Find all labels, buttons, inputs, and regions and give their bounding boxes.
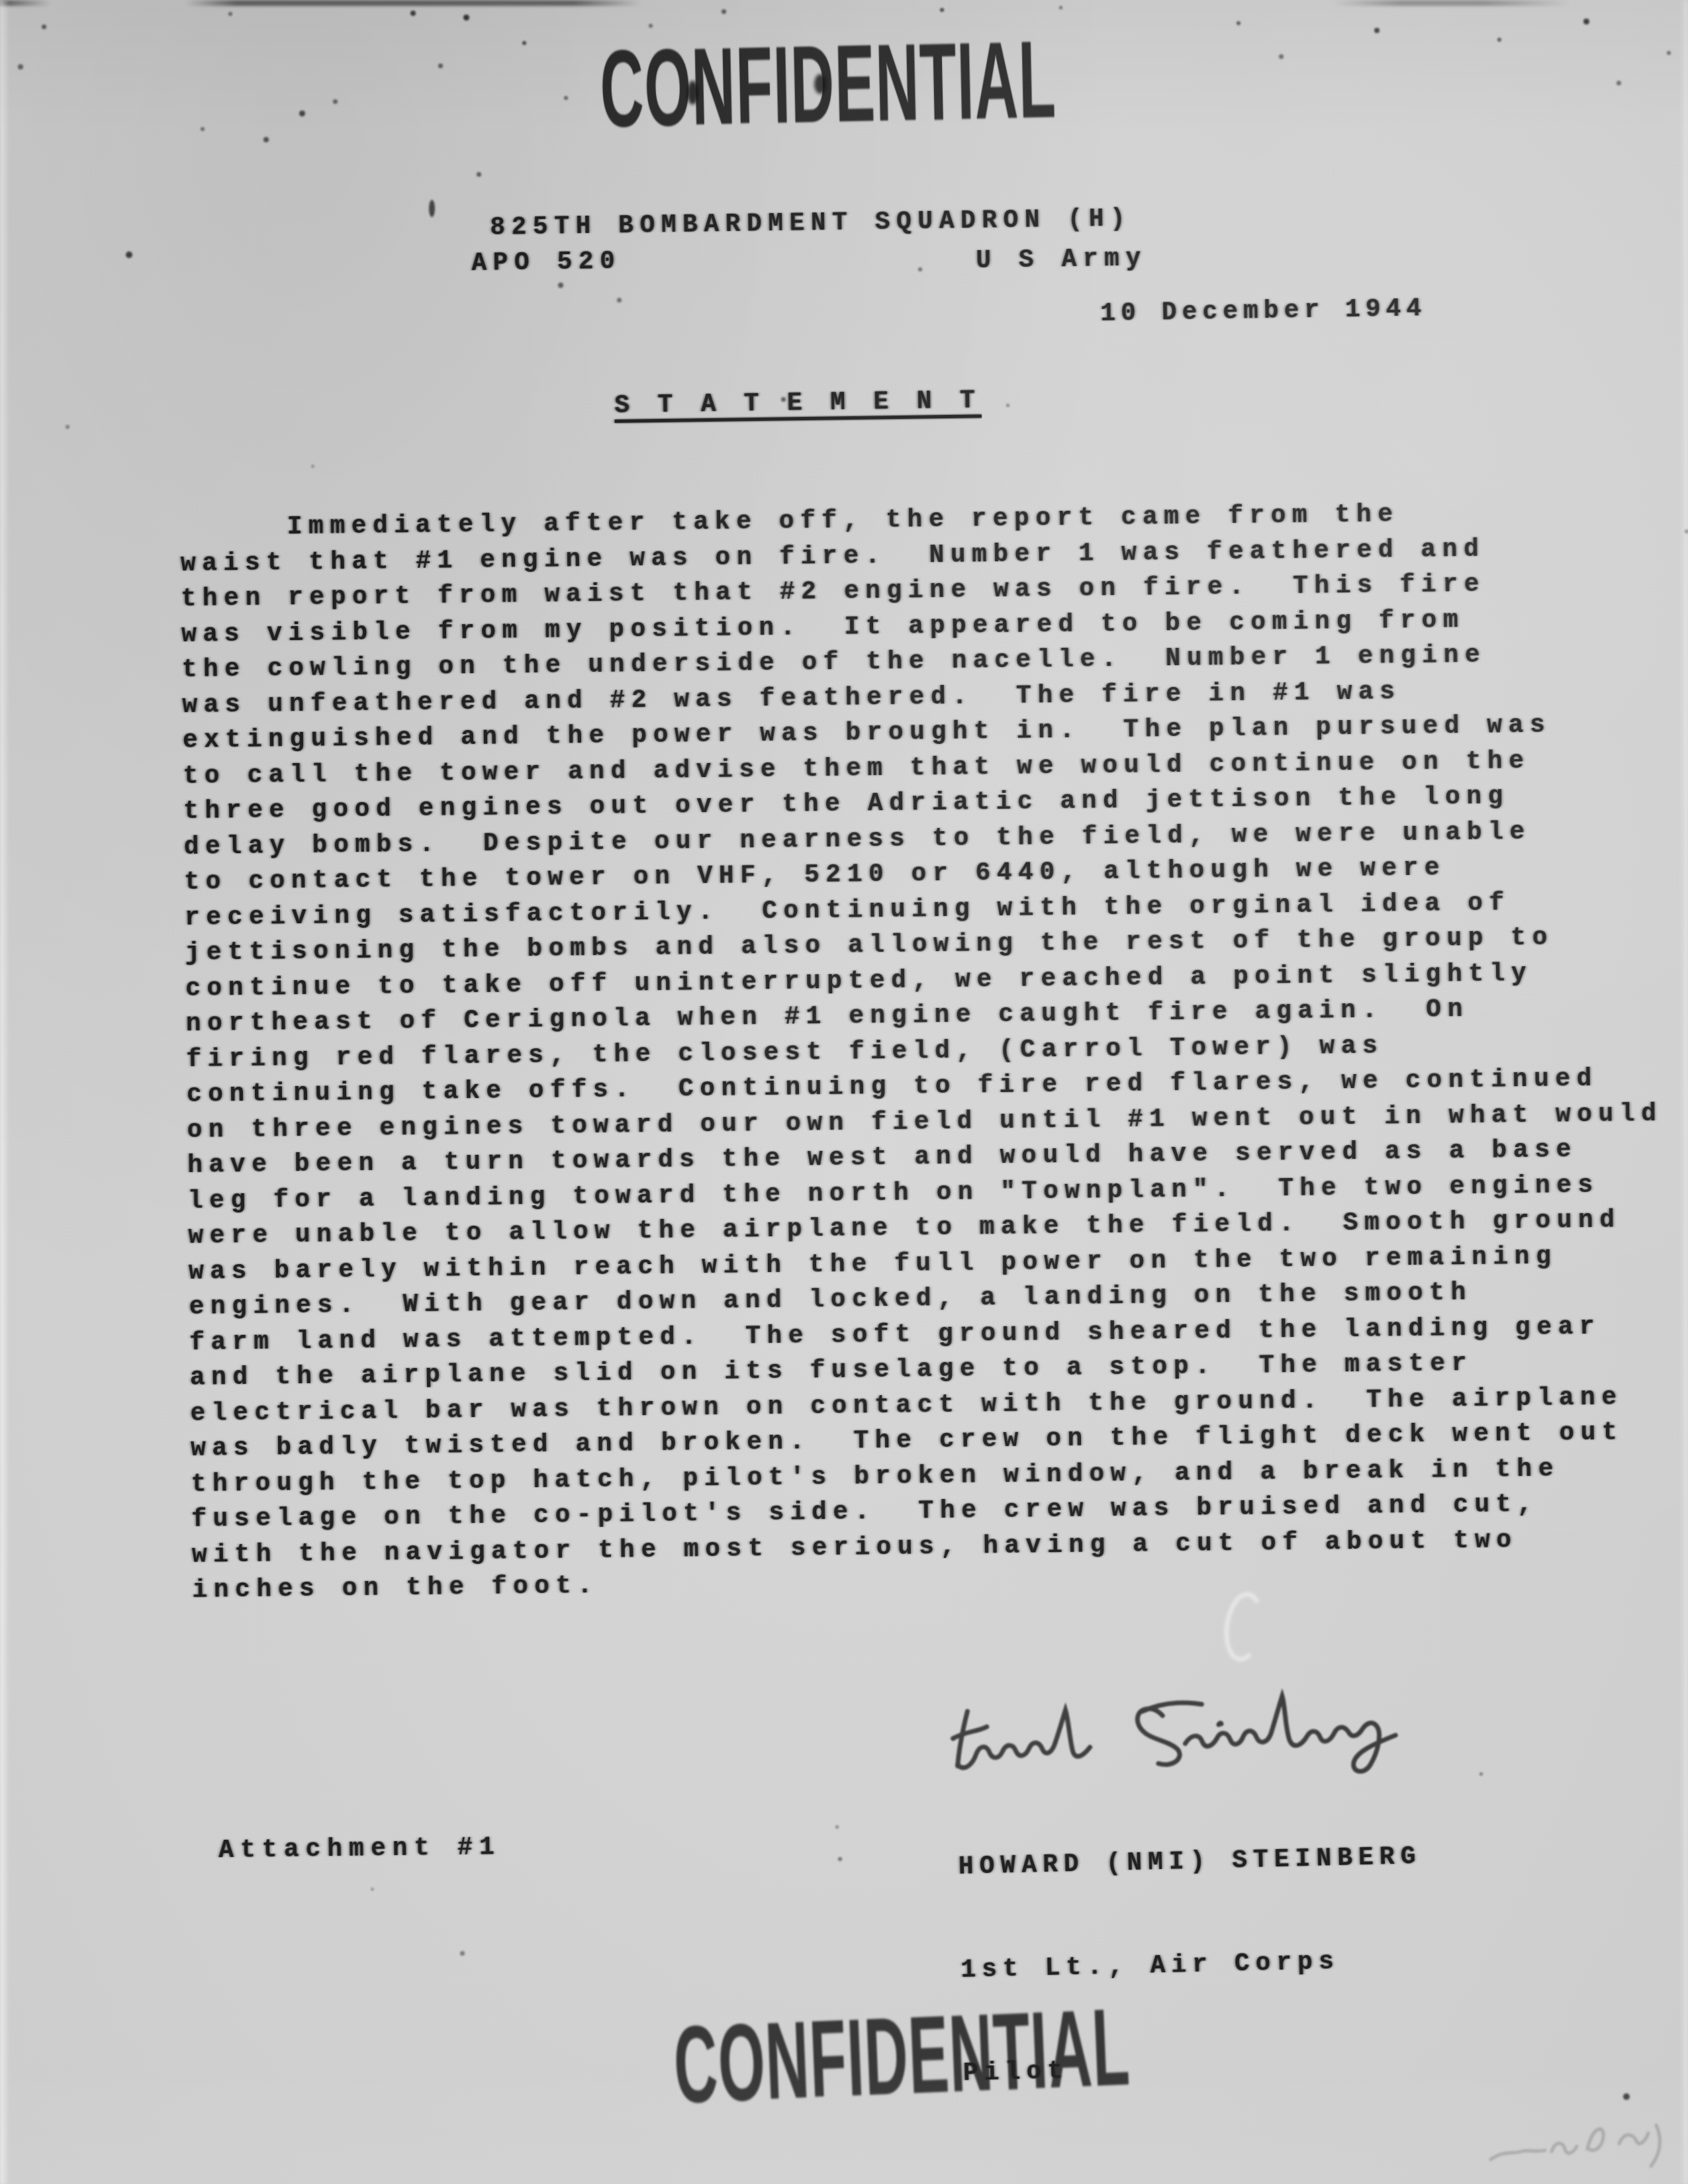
scan-speckle <box>522 41 526 45</box>
scan-speckle <box>940 8 944 12</box>
scan-speckle <box>66 425 70 429</box>
scan-speckle <box>429 200 435 217</box>
statement-body: Immediately after take off, the report c… <box>180 494 1668 1609</box>
scan-speckle <box>126 251 132 258</box>
confidential-stamp-top: CONFIDENTIAL <box>599 25 1057 144</box>
scan-speckle <box>558 283 563 288</box>
scan-speckle <box>1479 1772 1483 1776</box>
scan-edge-top <box>0 0 1688 6</box>
scan-speckle <box>564 96 568 100</box>
scan-speckle <box>649 24 653 28</box>
signer-name: HOWARD (NMI) STEINBERG <box>958 1840 1422 1885</box>
scan-speckle <box>460 1951 465 1956</box>
scan-speckle <box>201 127 205 131</box>
scan-speckle <box>1685 529 1688 533</box>
ink-blotch <box>687 81 698 105</box>
scan-speckle <box>1237 21 1241 25</box>
scan-speckle <box>299 111 305 116</box>
scan-speckle <box>1059 6 1062 9</box>
scan-speckle <box>1617 81 1621 85</box>
army-label: U S Army <box>976 241 1147 279</box>
scan-edge-left <box>0 0 9 2184</box>
scan-speckle <box>722 9 726 14</box>
scan-speckle <box>42 24 46 29</box>
scan-speckle <box>1497 38 1501 42</box>
scan-speckle <box>1006 404 1009 407</box>
scan-speckle <box>371 1888 374 1891</box>
ink-blotch <box>814 74 826 94</box>
scan-speckle <box>410 11 416 16</box>
scan-speckle <box>228 12 232 16</box>
scan-speckle <box>781 397 786 402</box>
attachment-label: Attachment #1 <box>218 1830 501 1868</box>
scan-speckle <box>263 137 269 142</box>
signer-rank: 1st Lt., Air Corps <box>961 1943 1425 1988</box>
unit-name: 825TH BOMBARDMENT SQUADRON (H) <box>490 201 1132 246</box>
scan-edge-right <box>1680 0 1688 2184</box>
scan-speckle <box>617 298 622 302</box>
scan-speckle <box>1583 19 1589 24</box>
scan-speckle <box>835 1825 839 1829</box>
scan-speckle <box>1279 54 1284 59</box>
confidential-stamp-bottom: CONFIDENTIAL <box>672 1992 1132 2120</box>
scan-speckle <box>311 465 314 468</box>
statement-title: S T A T E M E N T <box>614 387 982 420</box>
pencil-note <box>1483 2108 1681 2181</box>
scan-speckle <box>477 172 481 177</box>
scan-speckle <box>18 64 23 69</box>
scan-speckle <box>1623 2093 1630 2100</box>
scan-speckle <box>463 15 469 21</box>
scan-speckle <box>438 64 443 68</box>
scanned-document-page: CONFIDENTIAL 825TH BOMBARDMENT SQUADRON … <box>0 0 1688 2184</box>
scan-speckle <box>1374 28 1380 33</box>
scan-speckle <box>838 1857 842 1861</box>
apo-number: APO 520 <box>471 244 622 281</box>
document-date: 10 December 1944 <box>1100 291 1427 332</box>
scan-scratch <box>1220 1589 1268 1664</box>
scan-speckle <box>1667 51 1671 55</box>
scan-speckle <box>333 99 338 104</box>
scan-speckle <box>918 267 922 271</box>
